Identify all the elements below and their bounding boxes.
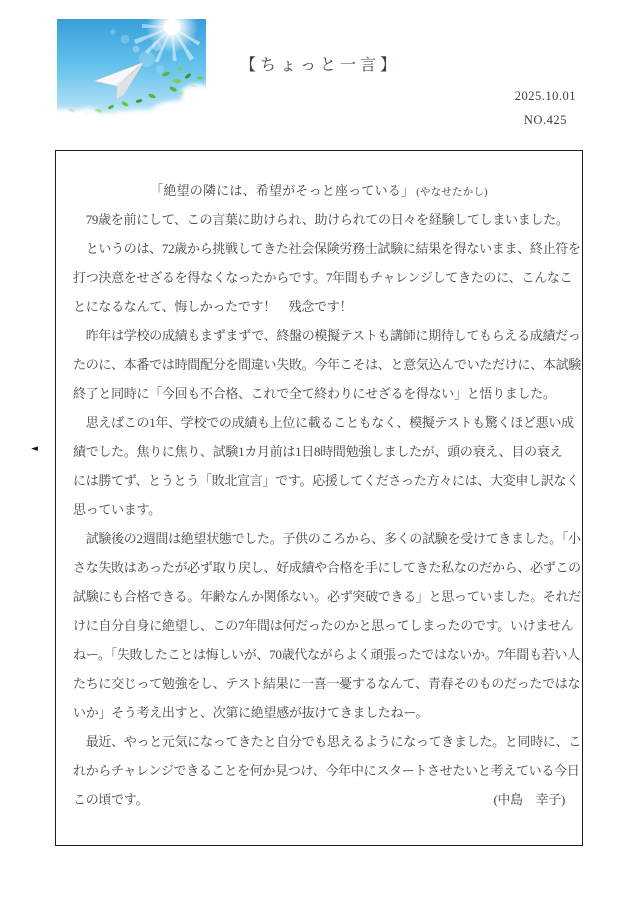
text-line: 思っています。 — [73, 495, 565, 524]
text-line: ねー。「失敗したことは悔しいが、70歳代ながらよく頑張ったではないか。7年間も若… — [73, 640, 565, 669]
issue-number: NO.425 — [515, 108, 576, 132]
quote-author: (やなせたかし) — [416, 187, 488, 198]
quote-text: 「絶望の隣には、希望がそっと座っている」 — [150, 183, 414, 198]
text-line: 昨年は学校の成績もまずまずで、終盤の模擬テストも講師に期待してもらえる成績だっ — [73, 321, 565, 350]
date: 2025.10.01 — [515, 84, 576, 108]
text-line: 79歳を前にして、この言葉に助けられ、助けられての日々を経験してしまいました。 — [73, 205, 565, 234]
document-page: 【ちょっと一言】 2025.10.01 NO.425 ◄ 「絶望の隣には、希望が… — [0, 0, 640, 903]
essay-box: 「絶望の隣には、希望がそっと座っている」(やなせたかし) 79歳を前にして、この… — [55, 150, 583, 846]
text-line: けに自分自身に絶望し、この7年間は何だったのかと思ってしまったのです。いけません — [73, 611, 565, 640]
text-line: 試験にも合格できる。年齢なんか関係ない。必ず突破できる」と思っていました。それだ — [73, 582, 565, 611]
text-line: 終了と同時に「今回も不合格、これで全て終わりにせざるを得ない」と悟りました。 — [73, 379, 565, 408]
text-line: 最近、やっと元気になってきたと自分でも思えるようになってきました。と同時に、こ — [73, 727, 565, 756]
text-line: いか」そう考え出すと、次第に絶望感が抜けてきましたねー。 — [73, 698, 565, 727]
text-line: 試験後の2週間は絶望状態でした。子供のころから、多くの試験を受けてきました。「小 — [73, 524, 565, 553]
text-line: 思えばこの1年、学校での成績も上位に載ることもなく、模擬テストも驚くほど悪い成 — [73, 408, 565, 437]
meta-block: 2025.10.01 NO.425 — [515, 84, 576, 132]
text-line: とになるなんて、悔しかったです！ 残念です！ — [73, 292, 565, 321]
page-title: 【ちょっと一言】 — [0, 52, 640, 75]
closing-line: この頃です。 (中島 幸子) — [73, 785, 565, 814]
text-line: さな失敗はあったが必ず取り戻し、好成績や合格を手にしてきた私なのだから、必ずこの — [73, 553, 565, 582]
closing-text: この頃です。 — [73, 785, 148, 814]
text-line: 打つ決意をせざるを得なくなったからです。7年間もチャレンジしてきたのに、こんなこ — [73, 263, 565, 292]
text-line: 績でした。焦りに焦り、試験1カ月前は1日8時間勉強しましたが、頭の衰え、目の衰え — [73, 437, 565, 466]
signature: (中島 幸子) — [493, 785, 565, 814]
margin-anchor-icon: ◄ — [31, 444, 38, 454]
text-line: には勝てず、とうとう「敗北宣言」です。応援してくださった方々には、大変申し訳なく — [73, 466, 565, 495]
quote-line: 「絶望の隣には、希望がそっと座っている」(やなせたかし) — [73, 176, 565, 205]
text-line: れからチャレンジできることを何か見つけ、今年中にスタートさせたいと考えている今日 — [73, 756, 565, 785]
text-line: というのは、72歳から挑戦してきた社会保険労務士試験に結果を得ないまま、終止符を — [73, 234, 565, 263]
text-line: たちに交じって勉強をし、テスト結果に一喜一憂するなんて、青春そのものだったではな — [73, 669, 565, 698]
text-line: たのに、本番では時間配分を間違い失敗。今年こそは、と意気込んでいただけに、本試験 — [73, 350, 565, 379]
essay-body: 79歳を前にして、この言葉に助けられ、助けられての日々を経験してしまいました。 … — [73, 205, 565, 785]
